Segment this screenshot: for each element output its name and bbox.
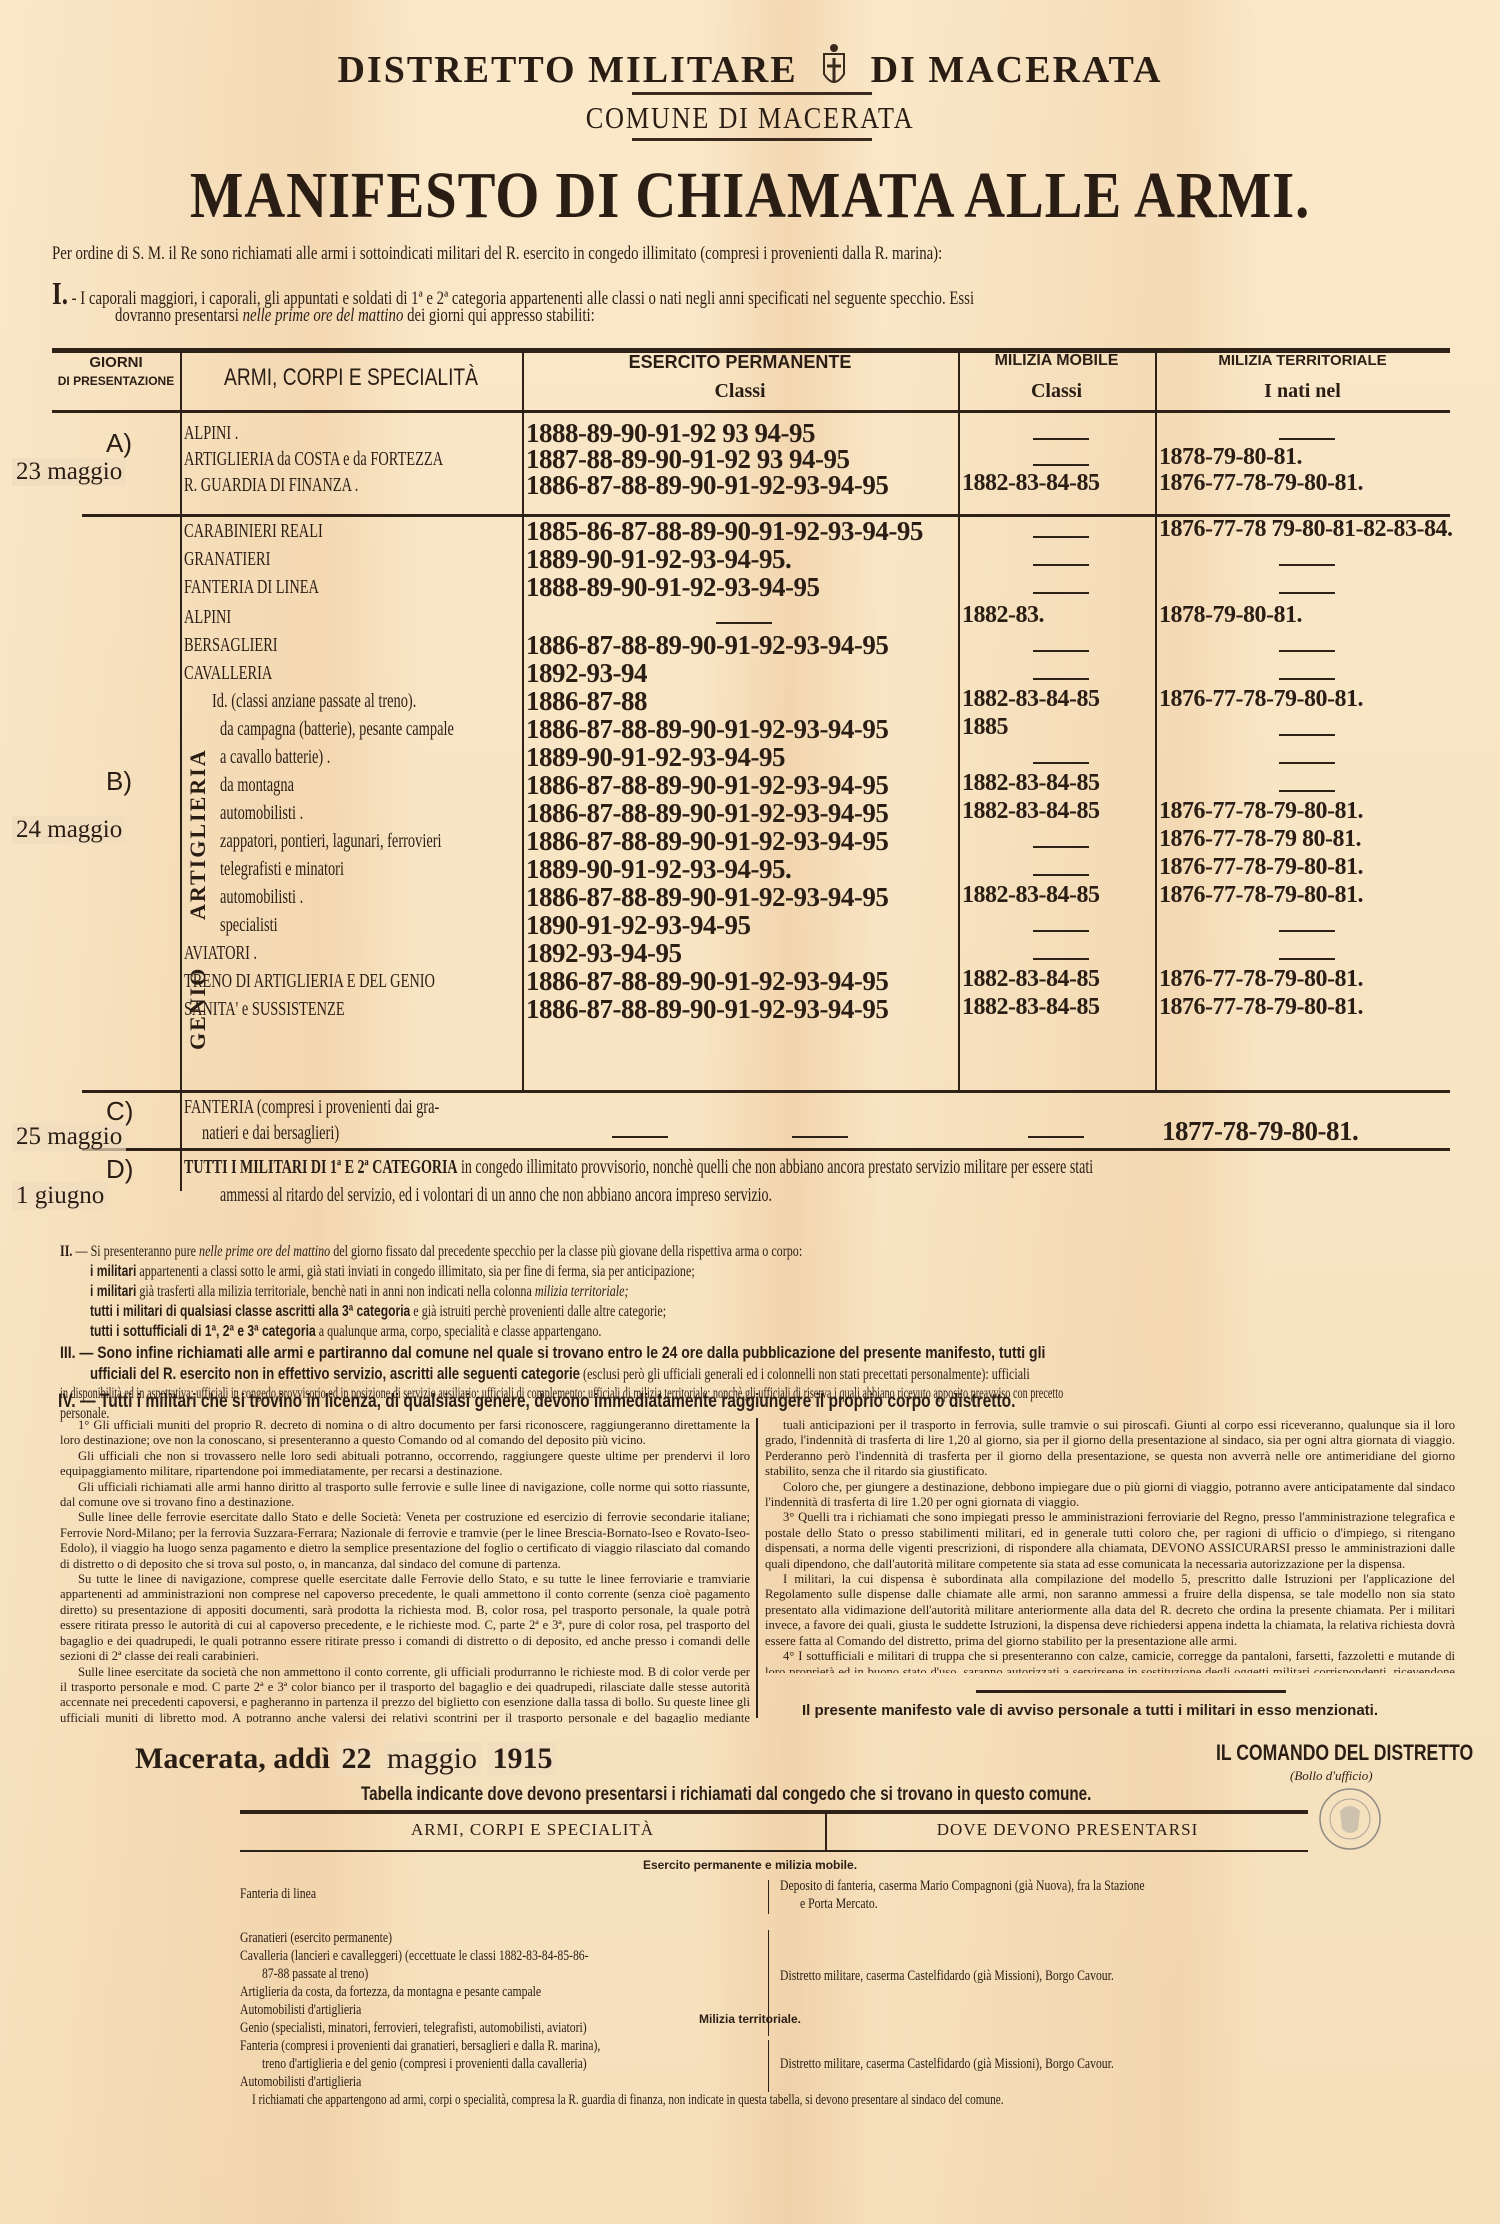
table-row-arm: zappatori, pontieri, lagunari, ferrovier… [220,830,442,853]
empty-dash [1033,650,1089,652]
table-row-esercito: 1886-87-88-89-90-91-92-93-94-95 [526,994,888,1025]
paragraph: 1° Gli ufficiali muniti del proprio R. d… [60,1418,750,1449]
paragraph: Sulle linee esercitate da società che no… [60,1665,750,1724]
empty-dash [1279,438,1335,440]
bottom-footnote: I richiamati che appartengono ad armi, c… [252,2092,1004,2109]
table-row-arm: telegrafisti e minatori [220,858,344,881]
table-row-esercito: 1888-89-90-91-92-93-94-95 [526,572,819,603]
paragraph: tuali anticipazioni per il trasporto in … [765,1418,1455,1480]
table-row-mobile: 1882-83-84-85 [962,798,1099,825]
place-date: Macerata, addì 22 maggio 1915 [135,1742,556,1776]
table-row-territoriale: 1876-77-78-79-80-81. [1159,798,1363,825]
table-row-mobile: 1882-83-84-85 [962,882,1099,909]
empty-dash [1033,438,1089,440]
empty-dash [716,622,772,624]
table-row-arm: CARABINIERI REALI [184,520,323,543]
call-up-table: GIORNIDI PRESENTAZIONE ARMI, CORPI E SPE… [52,348,1450,1198]
section-4-title: IV. — Tutti i militari che si trovino in… [58,1391,1016,1413]
empty-dash [1279,678,1335,680]
empty-dash [1033,874,1089,876]
table-row-arm: ALPINI [184,606,231,629]
empty-dash [1033,536,1089,538]
savoy-crest-icon [819,42,849,92]
row-d-line-1: TUTTI I MILITARI DI 1ª E 2ª CATEGORIA in… [184,1156,1093,1179]
table-row-esercito: 1890-91-92-93-94-95 [526,910,750,941]
table-row-esercito: 1892-93-94 [526,658,647,689]
empty-dash [1033,592,1089,594]
empty-dash [1033,846,1089,848]
day-date-d: 1 giugno [12,1182,108,1210]
section-3: III. — Sono infine richiamati alle armi … [60,1343,1045,1363]
district-heading: DISTRETTO MILITARE DI MACERATA [0,42,1500,92]
bt-row: Fanteria di linea [240,1886,316,1903]
day-date-c: 25 maggio [12,1123,126,1151]
table-row-territoriale: 1876-77-78-79-80-81. [1159,854,1363,881]
command-signature: IL COMANDO DEL DISTRETTO [1216,1740,1473,1766]
table-row-arm: CAVALLERIA [184,662,272,685]
table-row-arm: a cavallo batterie) . [220,746,330,769]
table-row-arm: da montagna [220,774,294,797]
table-row-esercito: 1889-90-91-92-93-94-95. [526,544,791,575]
table-row-arm: GRANATIERI [184,548,270,571]
table-row-arm: R. GUARDIA DI FINANZA . [184,474,358,497]
table-row-esercito: 1886-87-88-89-90-91-92-93-94-95 [526,470,888,501]
table-row-esercito: 1889-90-91-92-93-94-95 [526,742,785,773]
section-4-right-column: tuali anticipazioni per il trasporto in … [765,1418,1455,1673]
paragraph: Gli ufficiali che non si trovassero nell… [60,1449,750,1480]
empty-dash [1033,464,1089,466]
section-2: II. — Si presenteranno pure nelle prime … [60,1243,802,1261]
paragraph: Sulle linee delle ferrovie esercitate da… [60,1510,750,1572]
table-row-arm: SANITA' e SUSSISTENZE [184,998,345,1021]
notice-rule [976,1690,1286,1693]
empty-dash [1279,564,1335,566]
table-row-arm: BERSAGLIERI [184,634,278,657]
empty-dash [1279,734,1335,736]
table-row-territoriale: 1876-77-78 79-80-81-82-83-84. [1159,516,1452,543]
official-stamp-icon [1318,1787,1382,1856]
empty-dash [1279,958,1335,960]
table-row-esercito: 1886-87-88-89-90-91-92-93-94-95 [526,770,888,801]
table-row-territoriale: 1876-77-78-79-80-81. [1159,882,1363,909]
section-number: I. [52,275,68,311]
empty-dash [1033,678,1089,680]
header-armi: ARMI, CORPI E SPECIALITÀ [214,364,488,392]
table-row-arm: automobilisti . [220,802,303,825]
table-row-mobile: 1882-83-84-85 [962,686,1099,713]
intro-line: Per ordine di S. M. il Re sono richiamat… [52,243,942,265]
table-row-esercito: 1892-93-94-95 [526,938,681,969]
bottom-table-title: Tabella indicante dove devono presentars… [361,1784,1091,1806]
day-date-a: 23 maggio [12,458,126,486]
paragraph: Gli ufficiali richiamati alle armi hanno… [60,1480,750,1511]
empty-dash [1033,930,1089,932]
day-letter-b: B) [106,766,132,797]
row-c-arm-2: natieri e dai bersaglieri) [202,1122,339,1145]
section-1-line-2: dovranno presentarsi nelle prime ore del… [115,305,595,327]
table-row-arm: ALPINI . [184,422,238,445]
header-rule [632,138,872,141]
header-esercito: ESERCITO PERMANENTE [522,352,958,373]
empty-dash [1279,592,1335,594]
day-date-b: 24 maggio [12,816,126,844]
header-giorni: GIORNIDI PRESENTAZIONE [52,354,180,390]
table-row-esercito: 1889-90-91-92-93-94-95. [526,854,791,885]
table-row-mobile: 1882-83-84-85 [962,966,1099,993]
comune-heading: COMUNE DI MACERATA [113,100,1388,136]
table-row-mobile: 1882-83-84-85 [962,470,1099,497]
column-divider [756,1418,758,1718]
row-c-territoriale: 1877-78-79-80-81. [1162,1116,1358,1147]
header-rule [632,92,872,95]
empty-dash [1279,762,1335,764]
paragraph: 3° Quelli tra i richiamati che sono impi… [765,1510,1455,1572]
table-row-esercito: 1885-86-87-88-89-90-91-92-93-94-95 [526,516,923,547]
empty-dash [1279,930,1335,932]
table-row-territoriale: 1876-77-78-79-80-81. [1159,966,1363,993]
header-mobile: MILIZIA MOBILE [958,352,1155,370]
header-territoriale-sub: I nati nel [1155,380,1450,403]
table-row-arm: specialisti [220,914,278,937]
empty-dash [1033,564,1089,566]
paragraph: Coloro che, per giungere a destinazione,… [765,1480,1455,1511]
header-esercito-sub: Classi [522,380,958,403]
subhead-territoriale: Milizia territoriale. [0,2012,1500,2026]
header-mobile-sub: Classi [958,380,1155,403]
row-d-line-2: ammessi al ritardo del servizio, ed i vo… [220,1184,772,1207]
table-row-territoriale: 1876-77-78-79 80-81. [1159,826,1361,853]
table-row-territoriale: 1876-77-78-79-80-81. [1159,994,1363,1021]
bottom-header-dove: DOVE DEVONO PRESENTARSI [827,1820,1308,1840]
empty-dash [1033,958,1089,960]
subhead-esercito: Esercito permanente e milizia mobile. [0,1858,1500,1872]
notice: Il presente manifesto vale di avviso per… [802,1702,1378,1719]
row-c-arm: FANTERIA (compresi i provenienti dai gra… [184,1096,439,1119]
stamp-label: (Bollo d'ufficio) [1290,1768,1373,1784]
table-row-arm: AVIATORI . [184,942,257,965]
day-letter-d: D) [106,1154,133,1185]
table-row-arm: TRENO DI ARTIGLIERIA E DEL GENIO [184,970,435,993]
table-row-territoriale: 1876-77-78-79-80-81. [1159,470,1363,497]
table-row-esercito: 1886-87-88-89-90-91-92-93-94-95 [526,630,888,661]
table-row-esercito: 1886-87-88 [526,686,647,717]
table-row-esercito: 1886-87-88-89-90-91-92-93-94-95 [526,966,888,997]
table-row-arm: Id. (classi anziane passate al treno). [212,690,416,713]
table-row-mobile: 1882-83. [962,602,1044,629]
table-row-mobile: 1882-83-84-85 [962,770,1099,797]
empty-dash [1033,762,1089,764]
paragraph: Su tutte le linee di navigazione, compre… [60,1572,750,1664]
table-row-territoriale: 1876-77-78-79-80-81. [1159,686,1363,713]
table-row-mobile: 1882-83-84-85 [962,994,1099,1021]
manifesto-title: MANIFESTO DI CHIAMATA ALLE ARMI. [105,158,1395,234]
section-4-left-column: 1° Gli ufficiali muniti del proprio R. d… [60,1418,750,1723]
table-row-territoriale: 1878-79-80-81. [1159,602,1302,629]
empty-dash [1279,790,1335,792]
table-row-mobile: 1885 [962,714,1008,741]
table-row-arm: ARTIGLIERIA da COSTA e da FORTEZZA [184,448,443,471]
table-row-esercito: 1886-87-88-89-90-91-92-93-94-95 [526,714,888,745]
bottom-header-armi: ARMI, CORPI E SPECIALITÀ [240,1820,825,1840]
header-territoriale: MILIZIA TERRITORIALE [1155,352,1450,369]
table-row-arm: da campagna (batterie), pesante campale [220,718,454,741]
table-row-esercito: 1886-87-88-89-90-91-92-93-94-95 [526,826,888,857]
table-row-esercito: 1886-87-88-89-90-91-92-93-94-95 [526,882,888,913]
table-row-arm: FANTERIA DI LINEA [184,576,319,599]
table-row-esercito: 1886-87-88-89-90-91-92-93-94-95 [526,798,888,829]
table-row-territoriale: 1878-79-80-81. [1159,444,1302,471]
empty-dash [1279,650,1335,652]
table-row-arm: automobilisti . [220,886,303,909]
day-letter-a: A) [106,428,132,459]
paragraph: I militari, la cui dispensa è subordinat… [765,1572,1455,1649]
artiglieria-label: ARTIGLIERIA [185,750,211,920]
paragraph: 4° I sottufficiali e militari di truppa … [765,1649,1455,1673]
